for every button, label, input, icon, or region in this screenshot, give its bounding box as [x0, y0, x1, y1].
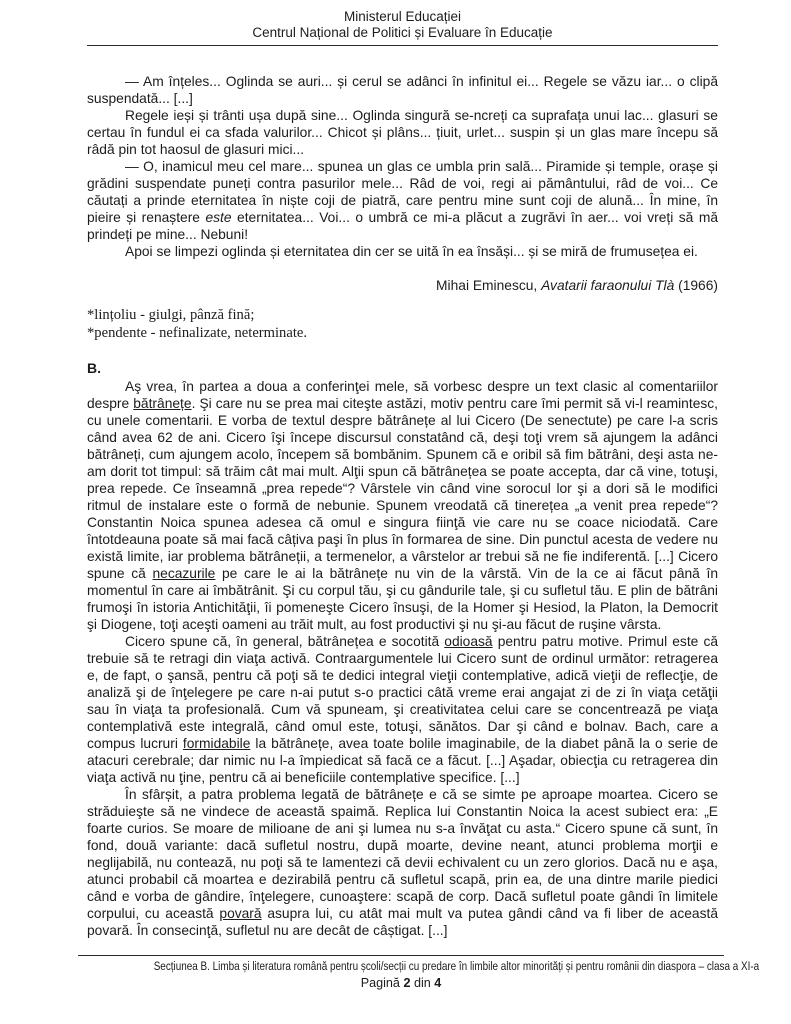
footer-divider: [78, 955, 724, 956]
section-b-paragraph-3: În sfârșit, a patra problema legată de b…: [87, 786, 718, 939]
section-b-label: B.: [87, 360, 718, 377]
page-header: Ministerul Educației Centrul Național de…: [87, 0, 718, 46]
passage-paragraph-1: — Am înțeles... Oglinda se auri... și ce…: [87, 73, 718, 107]
footer-page-number: Pagină 2 din 4: [78, 976, 724, 991]
footnote-lintoliu: *lințoliu - giulgi, pânză fină;: [87, 306, 718, 324]
footer-section-info: Secțiunea B. Limba și literatura română …: [154, 959, 760, 974]
passage-paragraph-4: Apoi se limpezi oglinda și eternitatea d…: [87, 243, 718, 260]
footnote-pendente: *pendente - nefinalizate, neterminate.: [87, 324, 718, 342]
footnotes: *lințoliu - giulgi, pânză fină; *pendent…: [87, 306, 718, 342]
header-ministry: Ministerul Educației: [87, 9, 718, 25]
header-divider: [87, 45, 718, 46]
document-content: Ministerul Educației Centrul Național de…: [87, 0, 718, 939]
passage-paragraph-3: — O, inamicul meu cel mare... spunea un …: [87, 158, 718, 243]
author-attribution: Mihai Eminescu, Avatarii faraonului Tlà …: [87, 277, 718, 294]
header-center-name: Centrul Național de Politici și Evaluare…: [87, 25, 718, 41]
passage-paragraph-2: Regele ieși și trânti ușa după sine... O…: [87, 107, 718, 158]
section-b-paragraph-1: Aş vrea, în partea a doua a conferinţei …: [87, 378, 718, 633]
document-page: Ministerul Educației Centrul Național de…: [0, 0, 791, 1024]
section-b-paragraph-2: Cicero spune că, în general, bătrânețea …: [87, 633, 718, 786]
literary-passage: — Am înțeles... Oglinda se auri... și ce…: [87, 73, 718, 294]
page-footer: Secțiunea B. Limba și literatura română …: [78, 955, 724, 991]
section-b-text: Aş vrea, în partea a doua a conferinţei …: [87, 378, 718, 939]
